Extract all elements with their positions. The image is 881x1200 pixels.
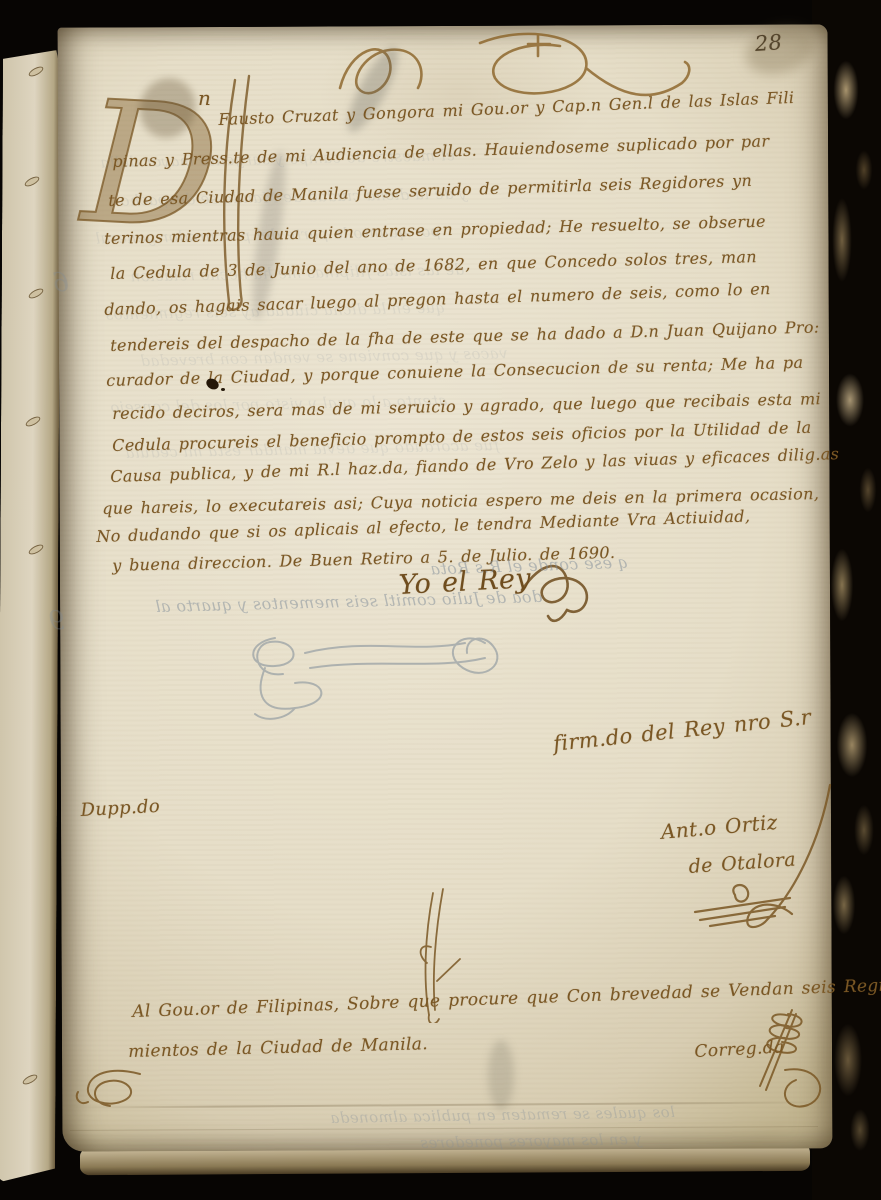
bleedthrough-line: y en los mayores ponedores: [420, 1130, 642, 1152]
bleedthrough-margin-mark: 9: [48, 606, 65, 636]
duplicate-note: Dupp.do: [80, 796, 161, 821]
checked-note-rubric: [730, 1008, 830, 1110]
bleedthrough-signature-flourish: [235, 608, 535, 726]
secretary-signature-rubric: [640, 780, 845, 935]
manuscript-photo: 28 D n el maestre de campo y sargento ma…: [0, 0, 881, 1200]
bleedthrough-margin-mark: 6: [52, 268, 69, 298]
ink-blot-small: [221, 388, 225, 391]
grey-ghost-column: [488, 1040, 514, 1110]
